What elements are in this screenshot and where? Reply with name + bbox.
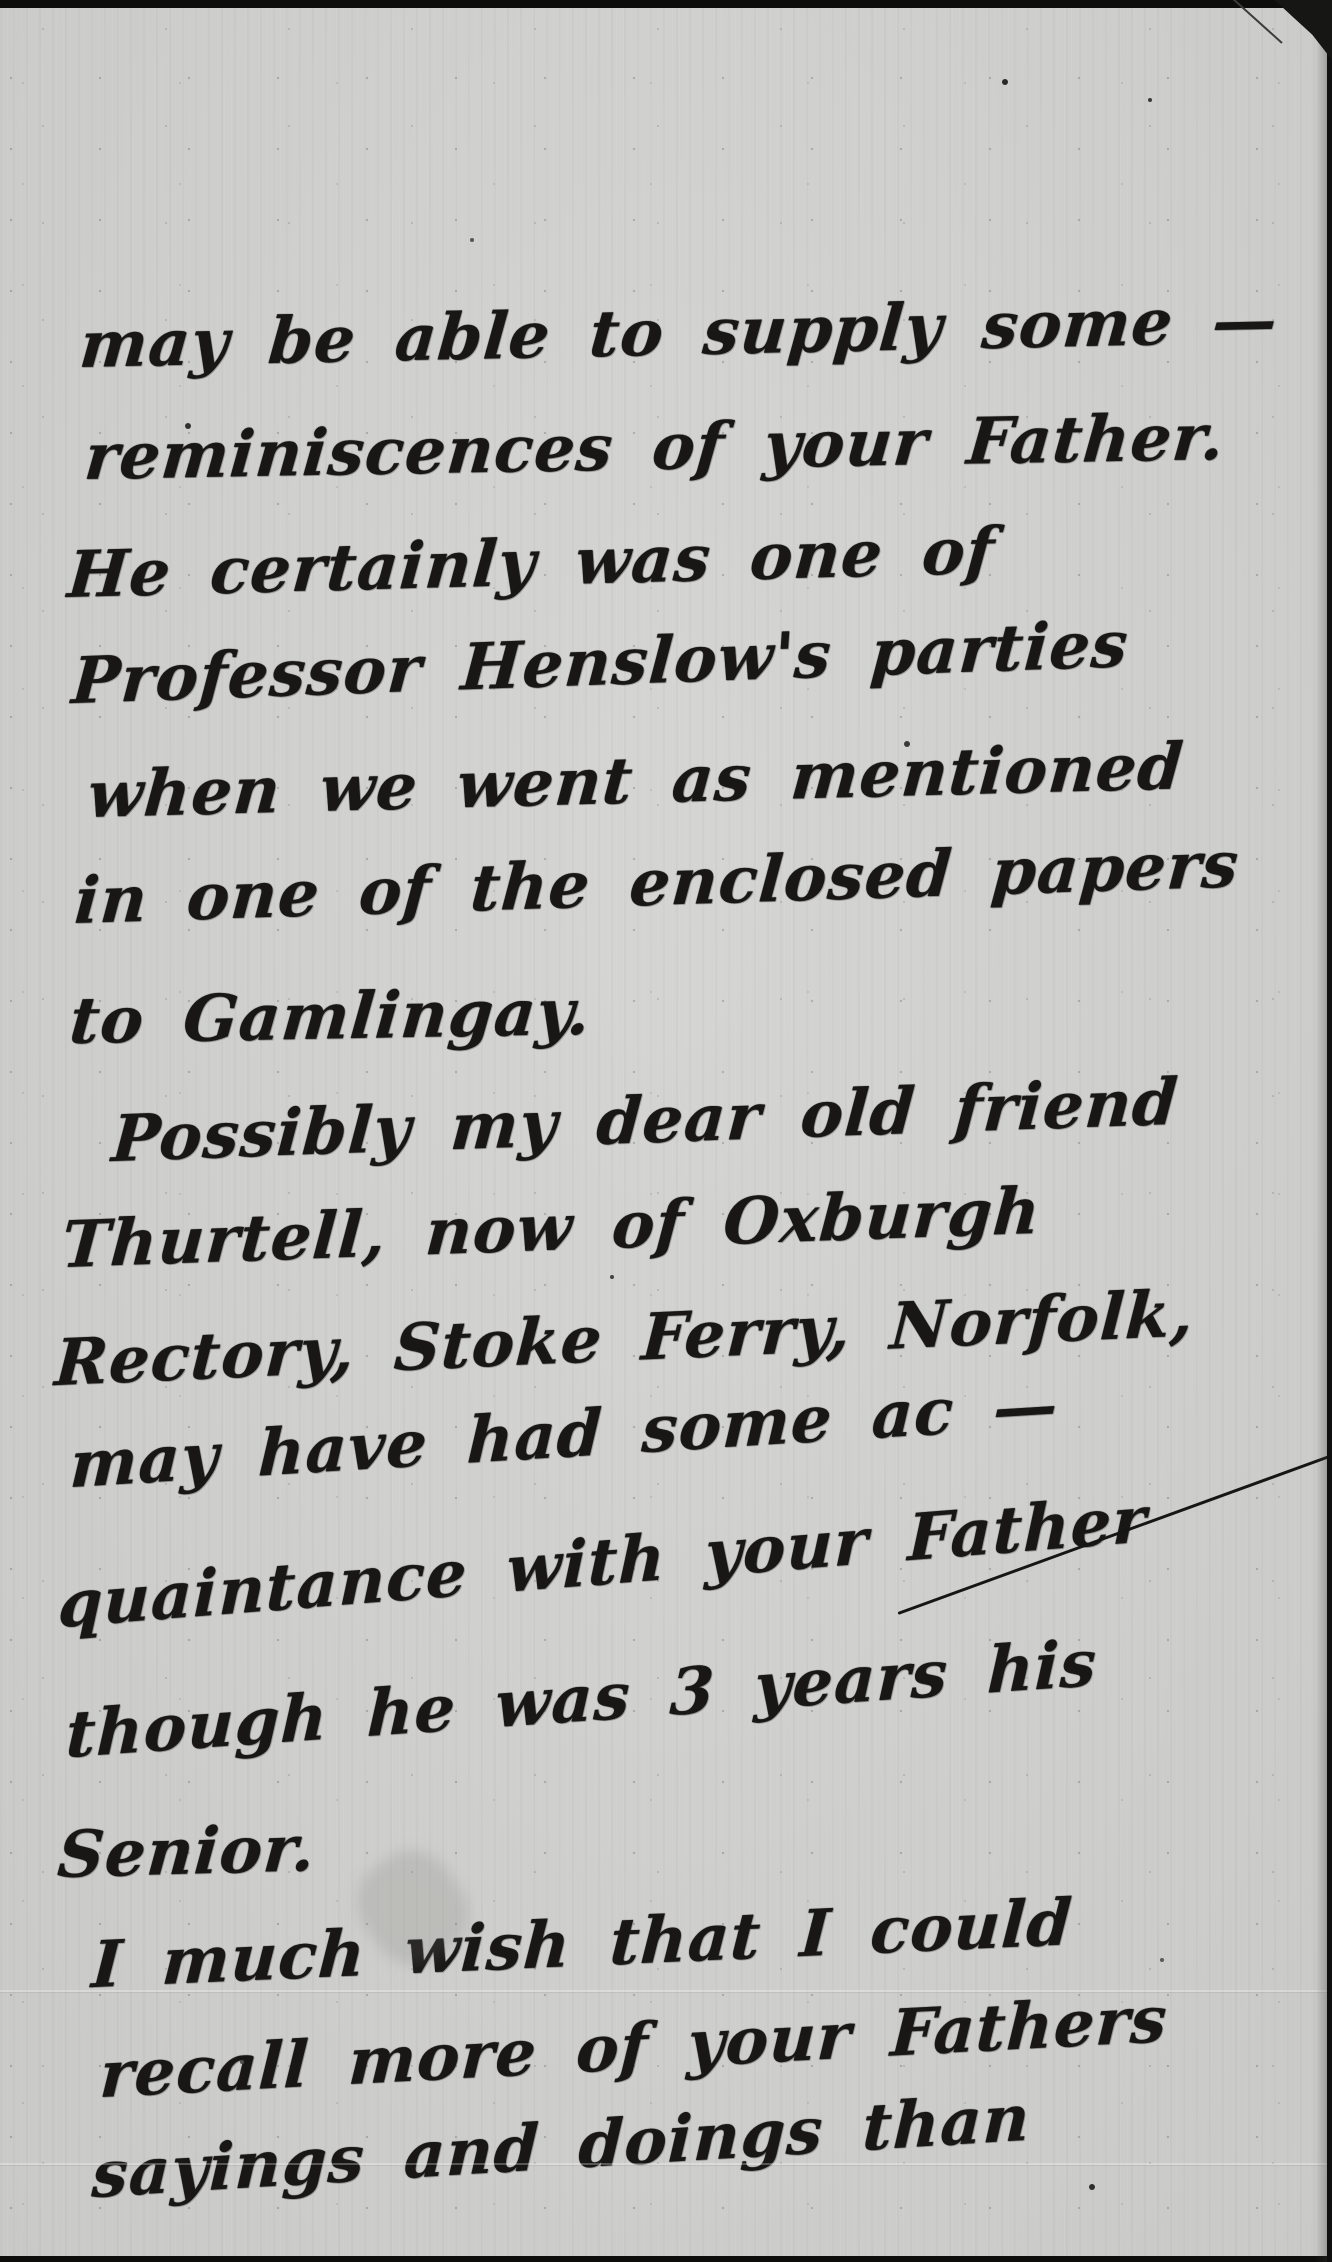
manuscript-page: may be able to supply some — reminiscenc… bbox=[0, 0, 1332, 2262]
manuscript-line-3: He certainly was one of bbox=[65, 518, 997, 610]
page-top-edge-shadow bbox=[0, 0, 1332, 8]
manuscript-line-7: to Gamlingay. bbox=[67, 979, 594, 1055]
manuscript-line-14: Senior. bbox=[55, 1815, 318, 1889]
page-right-edge-shadow bbox=[1327, 0, 1332, 2262]
manuscript-line-9: Thurtell, now of Oxburgh bbox=[60, 1178, 1043, 1280]
manuscript-line-13: though he was 3 years his bbox=[65, 1630, 1098, 1770]
manuscript-line-15: I much wish that I could bbox=[90, 1889, 1075, 1999]
page-right-edge-gradient bbox=[1315, 0, 1327, 2262]
paper-crease bbox=[0, 1990, 1332, 1992]
manuscript-line-1: may be able to supply some — bbox=[77, 287, 1280, 379]
manuscript-line-8: Possibly my dear old friend bbox=[110, 1069, 1181, 1174]
paper-crease bbox=[0, 2163, 1332, 2165]
manuscript-line-12: quaintance with your Father bbox=[57, 1486, 1148, 1639]
manuscript-line-6: in one of the enclosed papers bbox=[73, 831, 1242, 935]
manuscript-line-2: reminiscences of your Father. bbox=[82, 404, 1228, 491]
page-bottom-edge-shadow bbox=[0, 2256, 1332, 2262]
manuscript-line-4: Professor Henslow's parties bbox=[70, 611, 1131, 715]
manuscript-line-5: when we went as mentioned bbox=[85, 733, 1186, 829]
